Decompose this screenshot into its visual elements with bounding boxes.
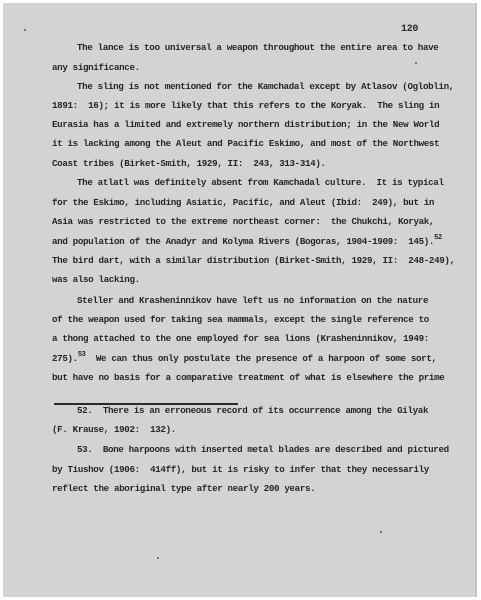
body-line: The bird dart, with a similar distributi… (52, 255, 455, 266)
body-line: and population of the Anadyr and Kolyma … (52, 236, 442, 247)
body-line: was also lacking. (52, 274, 140, 285)
footnote-line: 53. Bone harpoons with inserted metal bl… (77, 444, 449, 455)
body-line: 275).53 We can thus only postulate the p… (52, 353, 437, 364)
body-line: any significance. (52, 62, 140, 73)
body-line: of the weapon used for taking sea mammal… (52, 314, 429, 325)
document-page: 120 The lance is too universal a weapon … (3, 3, 477, 597)
paper-speck (380, 531, 382, 533)
body-line: for the Eskimo, including Asiatic, Pacif… (52, 197, 434, 208)
body-line: The lance is too universal a weapon thro… (77, 42, 438, 53)
body-line: The sling is not mentioned for the Kamch… (77, 81, 454, 92)
body-line: Asia was restricted to the extreme north… (52, 216, 434, 227)
footnote-line: by Tiushov (1906: 414ff), but it is risk… (52, 464, 429, 475)
body-line: The atlatl was definitely absent from Ka… (77, 177, 444, 188)
body-line: Coast tribes (Birket-Smith, 1929, II: 24… (52, 158, 326, 169)
body-line: 1891: 16); it is more likely that this r… (52, 100, 439, 111)
footnote-line: reflect the aboriginal type after nearly… (52, 483, 315, 494)
paper-speck (24, 29, 26, 31)
page-number: 120 (401, 24, 418, 35)
body-line: Eurasia has a limited and extremely nort… (52, 119, 439, 130)
paper-speck (157, 557, 159, 559)
footnote-line: 52. There is an erroneous record of its … (77, 405, 428, 416)
body-line: a thong attached to the one employed for… (52, 333, 429, 344)
footnote-marker: 53 (78, 351, 86, 359)
footnote-line: (F. Krause, 1902: 132). (52, 424, 176, 435)
paper-speck (415, 62, 417, 64)
body-line: but have no basis for a comparative trea… (52, 372, 444, 383)
body-line: it is lacking among the Aleut and Pacifi… (52, 138, 439, 149)
footnote-marker: 52 (434, 234, 442, 242)
body-line: Steller and Krasheninnikov have left us … (77, 295, 428, 306)
